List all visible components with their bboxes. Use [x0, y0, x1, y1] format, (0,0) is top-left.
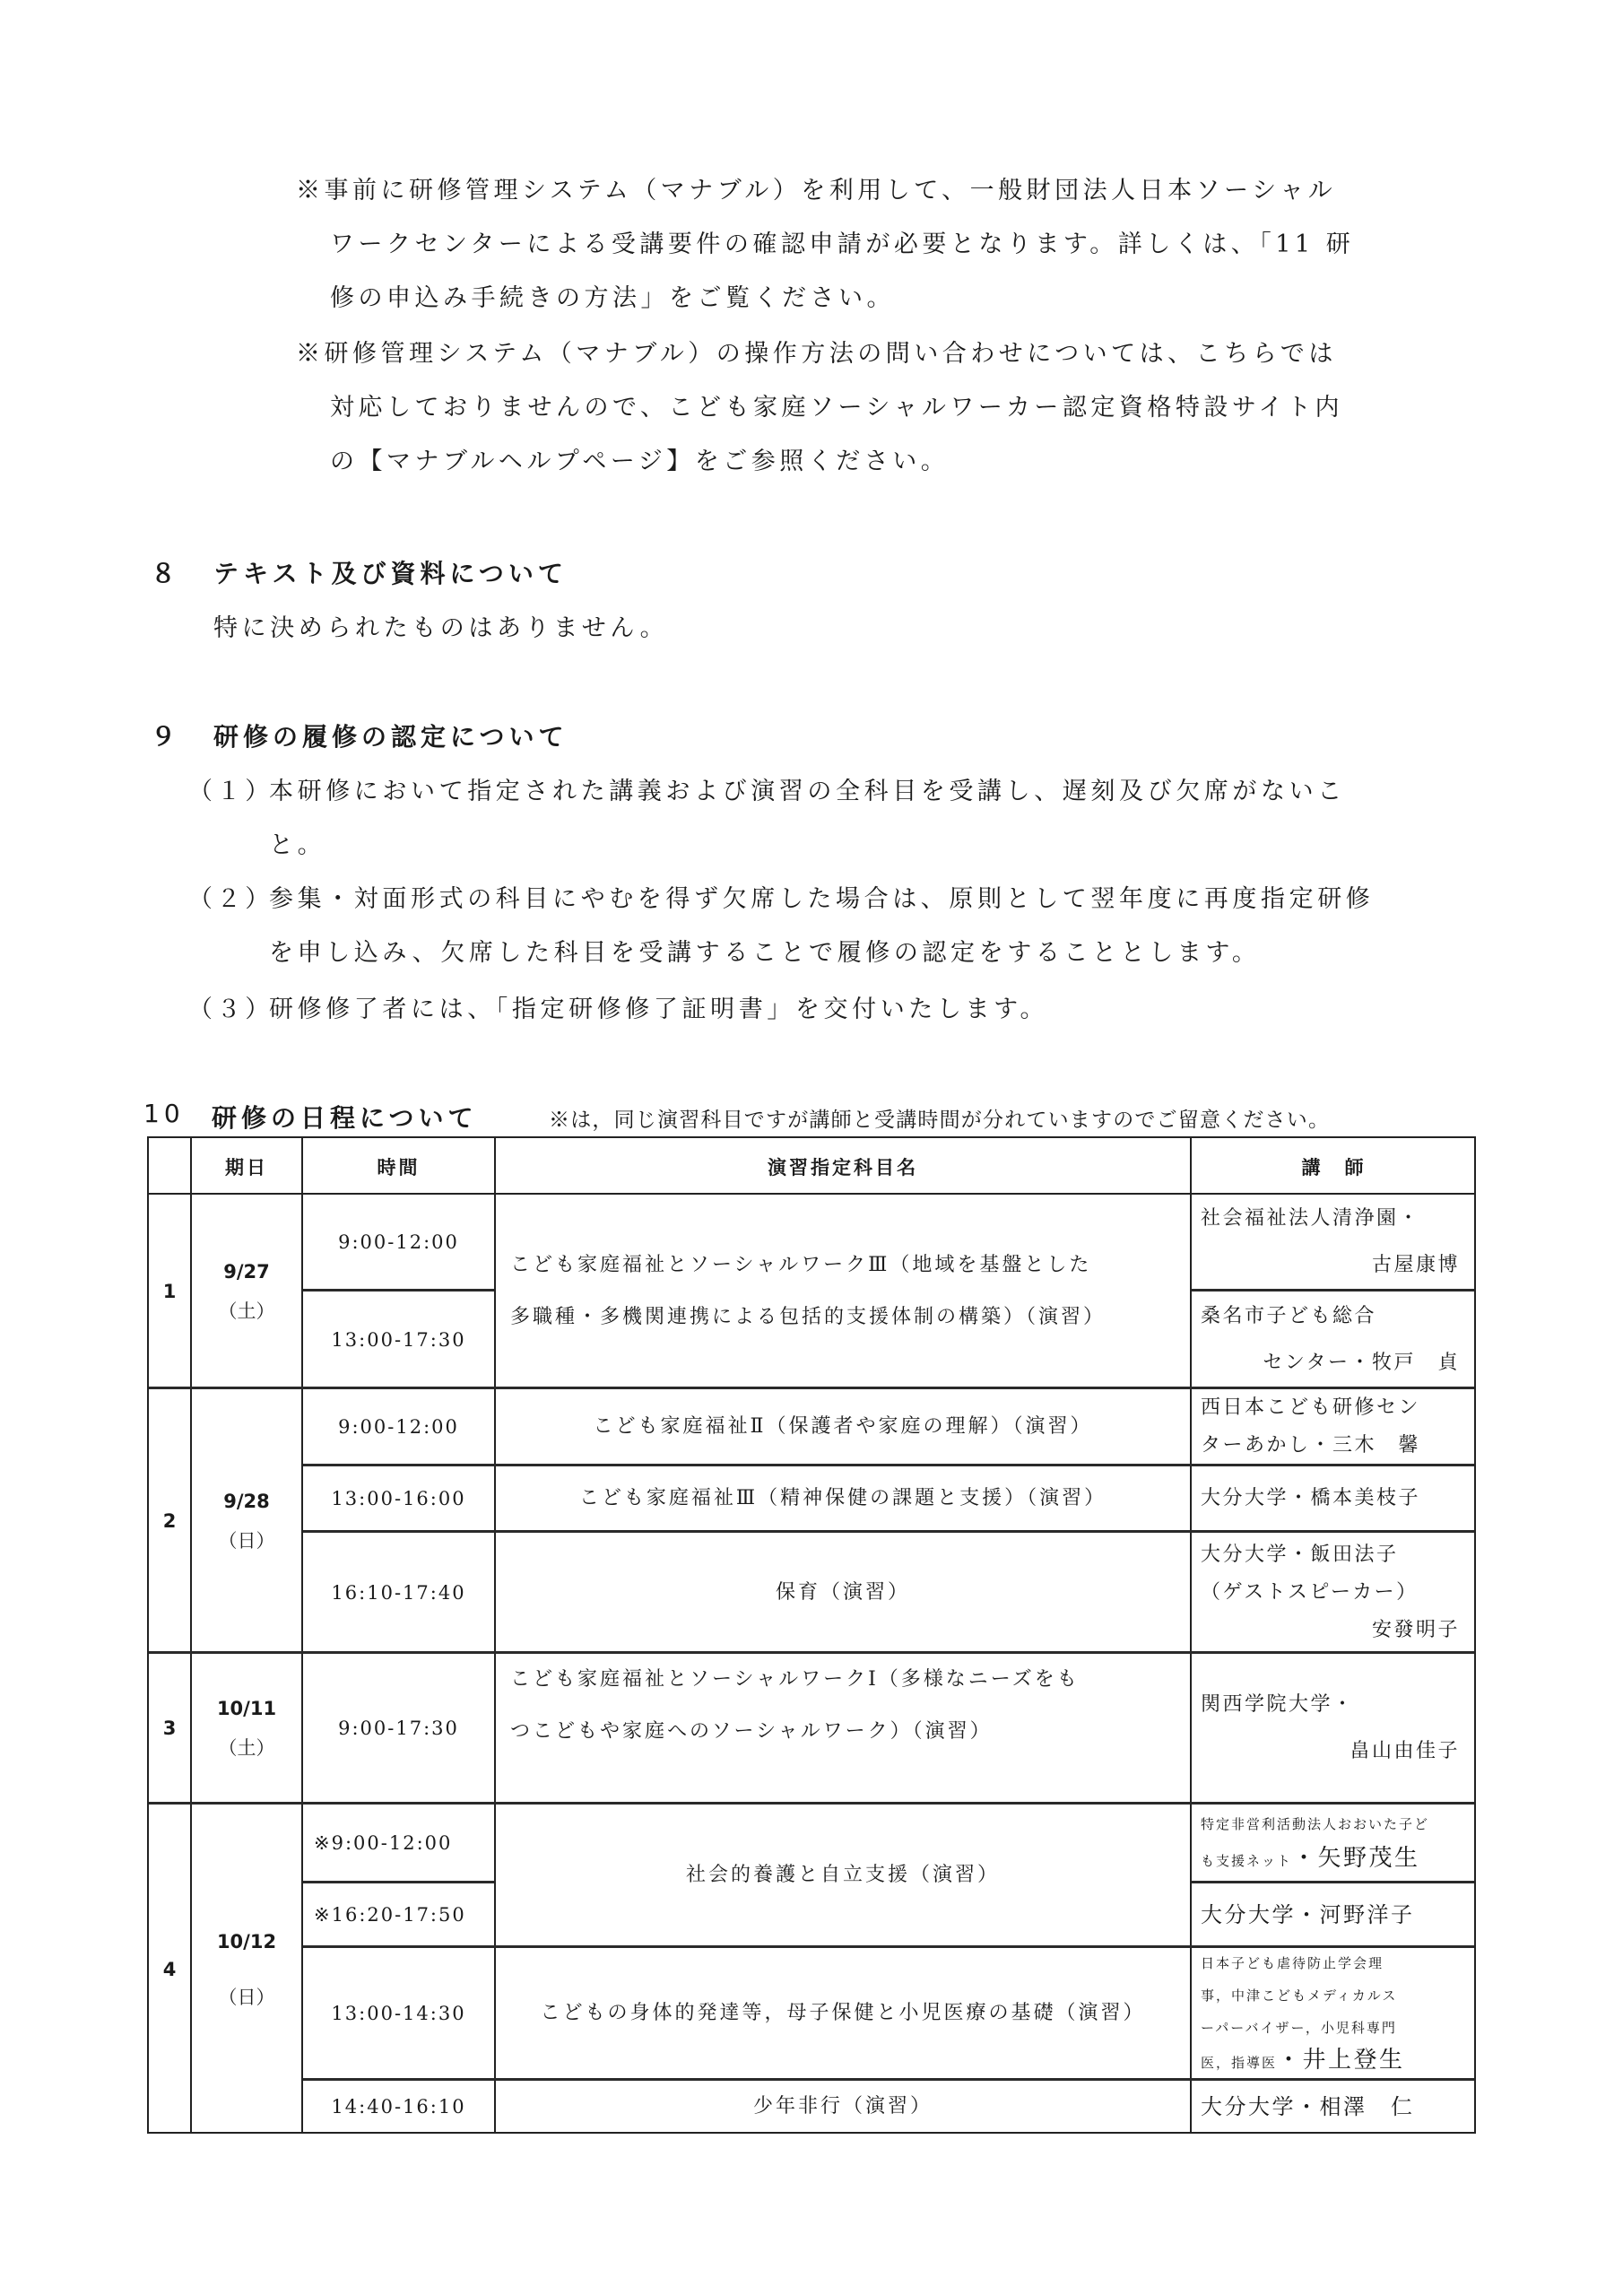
row-1-instructor-2: 桑名市子ども総合 センター・牧戸 貞: [1192, 1291, 1476, 1387]
row-3-date-value: 10/11: [217, 1689, 276, 1728]
row-4-instructor-2: 大分大学・河野洋子: [1192, 1883, 1476, 1945]
row-1-subject: こども家庭福祉とソーシャルワークⅢ（地域を基盤とした 多職種・多機関連携による包…: [496, 1195, 1190, 1387]
row-4-shared-subject: 社会的養護と自立支援（演習）: [496, 1805, 1190, 1945]
row-3-date: 10/11 （土）: [192, 1654, 301, 1802]
row-3-day: （土）: [219, 1728, 275, 1768]
section-9-item-1-line-2: と。: [269, 825, 325, 860]
row-2-instructor-2: 大分大学・橋本美枝子: [1192, 1466, 1476, 1530]
row-1-instructor-2-line-2: センター・牧戸 貞: [1201, 1340, 1476, 1387]
row-1-instructor-1: 社会福祉法人清浄園・ 古屋康博: [1192, 1195, 1476, 1290]
row-3-number: 3: [149, 1654, 190, 1802]
row-2-instructor-3-line-2: （ゲストスピーカー）: [1201, 1574, 1476, 1612]
row-2-date-value: 9/28: [223, 1482, 270, 1521]
row-2-instructor-3-line-1: 大分大学・飯田法子: [1201, 1536, 1476, 1574]
schedule-table: 期日 時間 演習指定科目名 講 師 1 9/27 （土） 9:00-12:00 …: [147, 1136, 1476, 2134]
section-9-item-2-line-1: 参集・対面形式の科目にやむを得ず欠席した場合は、原則として翌年度に再度指定研修: [269, 879, 1374, 914]
row-4-date-value: 10/12: [217, 1914, 276, 1970]
note-1-line-2: ワークセンターによる受講要件の確認申請が必要となります。詳しくは、「11 研: [330, 224, 1354, 259]
row-3-subject-line-2: つこどもや家庭へのソーシャルワーク）（演習）: [510, 1706, 993, 1758]
section-9-item-3-line-1: 研修修了者には、「指定研修修了証明書」を交付いたします。: [269, 989, 1048, 1024]
row-2-subject-2: こども家庭福祉Ⅲ（精神保健の課題と支援）（演習）: [496, 1466, 1190, 1530]
section-8-number: ８: [151, 554, 180, 590]
section-9-item-1-label: （１）: [188, 771, 273, 806]
section-9-number: ９: [151, 717, 180, 753]
row-2-number: 2: [149, 1389, 190, 1652]
row-2-subject-3: 保育（演習）: [496, 1533, 1190, 1652]
row-4-subject-4: 少年非行（演習）: [496, 2081, 1190, 2132]
row-4-instructor-3-org-line-4: 医，指導医: [1201, 2055, 1277, 2071]
row-4-instructor-3-org-line-3: ーパーバイザー，小児科専門: [1201, 2012, 1476, 2044]
row-1-subject-line-1: こども家庭福祉とソーシャルワークⅢ（地域を基盤とした: [510, 1239, 1091, 1291]
row-2-time-3: 16:10-17:40: [303, 1533, 494, 1652]
row-4-instructor-1-name: ・矢野茂生: [1292, 1845, 1420, 1872]
header-subject: 演習指定科目名: [496, 1138, 1190, 1195]
row-4-instructor-1-org-line-2: も支援ネット: [1201, 1853, 1292, 1869]
header-date: 期日: [192, 1138, 301, 1195]
row-4-number: 4: [149, 1805, 190, 2134]
section-9-item-1-line-1: 本研修において指定された講義および演習の全科目を受講し、遅刻及び欠席がないこ: [269, 771, 1346, 806]
header-time: 時間: [303, 1138, 494, 1195]
row-4-instructor-4: 大分大学・相澤 仁: [1192, 2081, 1476, 2132]
section-8-body: 特に決められたものはありません。: [213, 608, 668, 643]
section-9-item-2-label: （２）: [188, 879, 273, 914]
row-1-instructor-1-line-1: 社会福祉法人清浄園・: [1201, 1196, 1476, 1242]
section-9-item-2-line-2: を申し込み、欠席した科目を受講することで履修の認定をすることとします。: [269, 933, 1260, 968]
row-1-date-value: 9/27: [223, 1252, 270, 1291]
section-8-title: テキスト及び資料について: [213, 554, 568, 590]
row-4-instructor-4-line-1: 大分大学・相澤 仁: [1201, 2083, 1476, 2130]
row-2-time-1: 9:00-12:00: [303, 1389, 494, 1465]
row-4-time-1: ※9:00-12:00: [303, 1805, 494, 1881]
section-10-title: 研修の日程について: [212, 1099, 477, 1135]
row-2-date: 9/28 （日）: [192, 1389, 301, 1652]
section-9-item-3-label: （３）: [188, 989, 273, 1024]
note-2-line-3: の【マナブルヘルプページ】をご参照ください。: [330, 441, 949, 476]
row-4-time-3: 13:00-14:30: [303, 1948, 494, 2078]
row-4-instructor-2-line-1: 大分大学・河野洋子: [1201, 1892, 1476, 1938]
row-1-day: （土）: [219, 1291, 275, 1331]
row-4-time-2: ※16:20-17:50: [303, 1883, 494, 1945]
row-1-time-2: 13:00-17:30: [303, 1291, 494, 1387]
row-2-instructor-3-line-3: 安發明子: [1201, 1612, 1476, 1649]
row-1-date: 9/27 （土）: [192, 1195, 301, 1387]
note-2-line-1: ※研修管理システム（マナブル）の操作方法の問い合わせについては、こちらでは: [296, 334, 1337, 369]
note-1-line-3: 修の申込み手続きの方法」をご覧ください。: [330, 278, 895, 313]
row-2-instructor-3: 大分大学・飯田法子 （ゲストスピーカー） 安發明子: [1192, 1533, 1476, 1652]
row-2-time-2: 13:00-16:00: [303, 1466, 494, 1530]
row-2-day: （日）: [219, 1521, 275, 1561]
row-3-subject: こども家庭福祉とソーシャルワークⅠ（多様なニーズをも つこどもや家庭へのソーシャ…: [496, 1654, 1190, 1802]
section-10-note: ※は，同じ演習科目ですが講師と受講時間が分れていますのでご留意ください。: [549, 1103, 1330, 1133]
header-instructor: 講 師: [1192, 1138, 1476, 1195]
note-2-line-2: 対応しておりませんので、こども家庭ソーシャルワーカー認定資格特設サイト内: [330, 387, 1343, 422]
row-1-subject-line-2: 多職種・多機関連携による包括的支援体制の構築）（演習）: [510, 1291, 1106, 1344]
row-2-instructor-1: 西日本こども研修セン ターあかし・三木 馨: [1192, 1389, 1476, 1465]
row-4-instructor-3: 日本子ども虐待防止学会理 事，中津こどもメディカルス ーパーバイザー，小児科専門…: [1192, 1948, 1476, 2078]
note-1-line-1: ※事前に研修管理システム（マナブル）を利用して、一般財団法人日本ソーシャル: [296, 170, 1336, 205]
row-2-instructor-2-line-1: 大分大学・橋本美枝子: [1201, 1475, 1476, 1522]
row-4-instructor-3-org-line-2: 事，中津こどもメディカルス: [1201, 1979, 1476, 2012]
row-2-subject-1: こども家庭福祉Ⅱ（保護者や家庭の理解）（演習）: [496, 1389, 1190, 1465]
row-4-time-4: 14:40-16:10: [303, 2081, 494, 2132]
row-1-instructor-2-line-1: 桑名市子ども総合: [1201, 1293, 1476, 1340]
row-1-time-1: 9:00-12:00: [303, 1195, 494, 1290]
row-3-instructor-line-1: 関西学院大学・: [1201, 1682, 1476, 1728]
row-4-instructor-1: 特定非営利活動法人おおいた子ど も支援ネット・矢野茂生: [1192, 1805, 1476, 1881]
row-4-date: 10/12 （日）: [192, 1805, 301, 2134]
row-1-instructor-1-line-2: 古屋康博: [1201, 1242, 1476, 1289]
row-2-instructor-1-line-2: ターあかし・三木 馨: [1201, 1427, 1476, 1465]
row-3-instructor-line-2: 畠山由佳子: [1201, 1728, 1476, 1775]
row-4-subject-3: こどもの身体的発達等，母子保健と小児医療の基礎（演習）: [496, 1948, 1190, 2078]
row-4-day: （日）: [219, 1970, 275, 2025]
row-3-time: 9:00-17:30: [303, 1654, 494, 1802]
row-4-instructor-3-org-line-1: 日本子ども虐待防止学会理: [1201, 1947, 1476, 1979]
row-4-instructor-1-org-line-1: 特定非営利活動法人おおいた子ど: [1201, 1808, 1476, 1840]
section-9-title: 研修の履修の認定について: [213, 717, 568, 753]
row-3-subject-line-1: こども家庭福祉とソーシャルワークⅠ（多様なニーズをも: [510, 1654, 1080, 1706]
section-10-number: 10: [143, 1099, 185, 1128]
row-3-instructor: 関西学院大学・ 畠山由佳子: [1192, 1654, 1476, 1802]
row-4-instructor-3-name: ・井上登生: [1277, 2047, 1405, 2074]
row-1-number: 1: [149, 1195, 190, 1387]
row-2-instructor-1-line-1: 西日本こども研修セン: [1201, 1389, 1476, 1427]
